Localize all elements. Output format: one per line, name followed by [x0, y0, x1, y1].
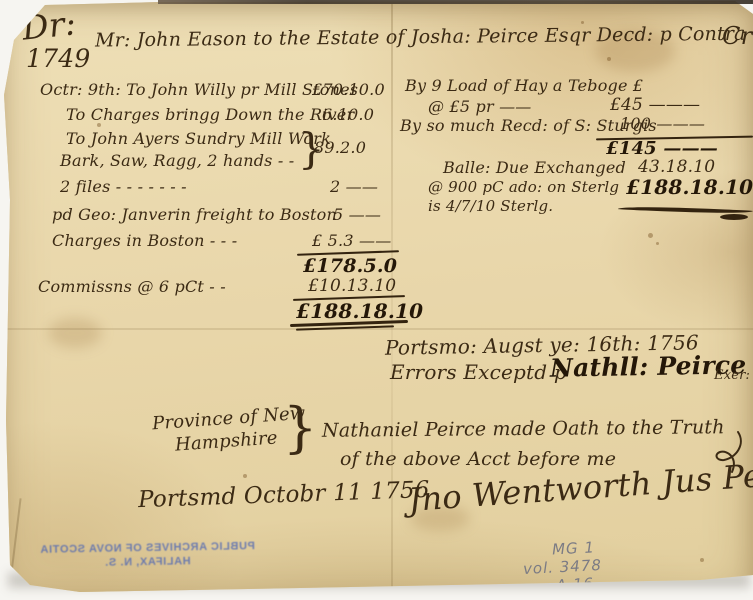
commission-amount: £10.13.10 [308, 276, 396, 296]
debit-row-amount: 6.10.0 [322, 105, 374, 124]
exchange-total: £188.18.10 [626, 175, 753, 199]
year-label: 1749 [26, 44, 90, 73]
credit-total-underline-blot [720, 214, 748, 220]
debit-row-amount: 89.2.0 [314, 138, 366, 157]
debit-row-amount: 2 —— [330, 177, 378, 196]
archive-stamp: PUBLIC ARCHIVES OF NOVA SCOTIA HALIFAX, … [30, 539, 265, 571]
debit-subtotal: £178.5.0 [303, 255, 397, 277]
debit-row-desc: Bark, Saw, Ragg, 2 hands - - [60, 151, 294, 170]
credit-subtotal: £145 ——— [606, 138, 718, 159]
debit-row-desc: To Charges bringg Down the River [66, 105, 354, 124]
debit-row-desc: Charges in Boston - - - [52, 231, 237, 250]
debit-row-desc: 2 files - - - - - - - [60, 177, 187, 196]
executor-title: Exer: [714, 368, 750, 383]
speck [243, 474, 247, 478]
oath-date: Portsmd Octobr 11 1756 [138, 477, 430, 513]
credit-row-amount: 100 ——— [620, 114, 705, 133]
balance-amount: 43.18.10 [638, 157, 715, 177]
speck [648, 233, 653, 238]
oath-statement-line1: Nathaniel Peirce made Oath to the Truth [322, 416, 725, 442]
debit-row-amount: £ 5.3 —— [312, 231, 391, 250]
speck [656, 242, 659, 245]
debit-row-desc: pd Geo: Janverin freight to Boston [52, 205, 337, 224]
debit-row-desc: Octr: 9th: To John Willy pr Mill Stones [40, 80, 358, 99]
scan-edge-shadow [158, 0, 753, 4]
errors-excepted-label: Errors Exceptd p [390, 360, 567, 384]
credit-row-desc: By so much Recd: of S: Sturgis [400, 116, 657, 135]
exchange-desc: @ 900 pC ado: on Sterlg [428, 178, 619, 196]
stain [48, 318, 102, 348]
scanned-document: Dr: 1749 Mr: John Eason to the Estate of… [0, 0, 753, 600]
manuscript-paper: Dr: 1749 Mr: John Eason to the Estate of… [0, 0, 753, 600]
speck [607, 57, 611, 61]
credit-row-desc: @ £5 pr —— [428, 97, 532, 116]
debit-row-amount: £70.10.0 [312, 80, 385, 99]
speck [700, 558, 704, 562]
province-brace: } [283, 396, 318, 459]
credit-side-label: Cr: [722, 22, 753, 50]
debit-side-label: Dr: [20, 3, 78, 47]
fold-crease-horizontal [6, 328, 753, 330]
balance-desc: Balle: Due Exchanged [443, 158, 626, 177]
credit-row-amount: £45 ——— [610, 95, 700, 115]
debit-row-amount: 5 —— [333, 205, 381, 224]
debit-row-desc: To John Ayers Sundry Mill Work [66, 129, 331, 148]
commission-desc: Commissns @ 6 pCt - - [38, 277, 226, 296]
oath-statement-line2: of the above Acct before me [340, 448, 616, 470]
sterling-note: is 4/7/10 Sterlg. [428, 197, 553, 215]
credit-row-desc: By 9 Load of Hay a Teboge £ [405, 76, 643, 95]
